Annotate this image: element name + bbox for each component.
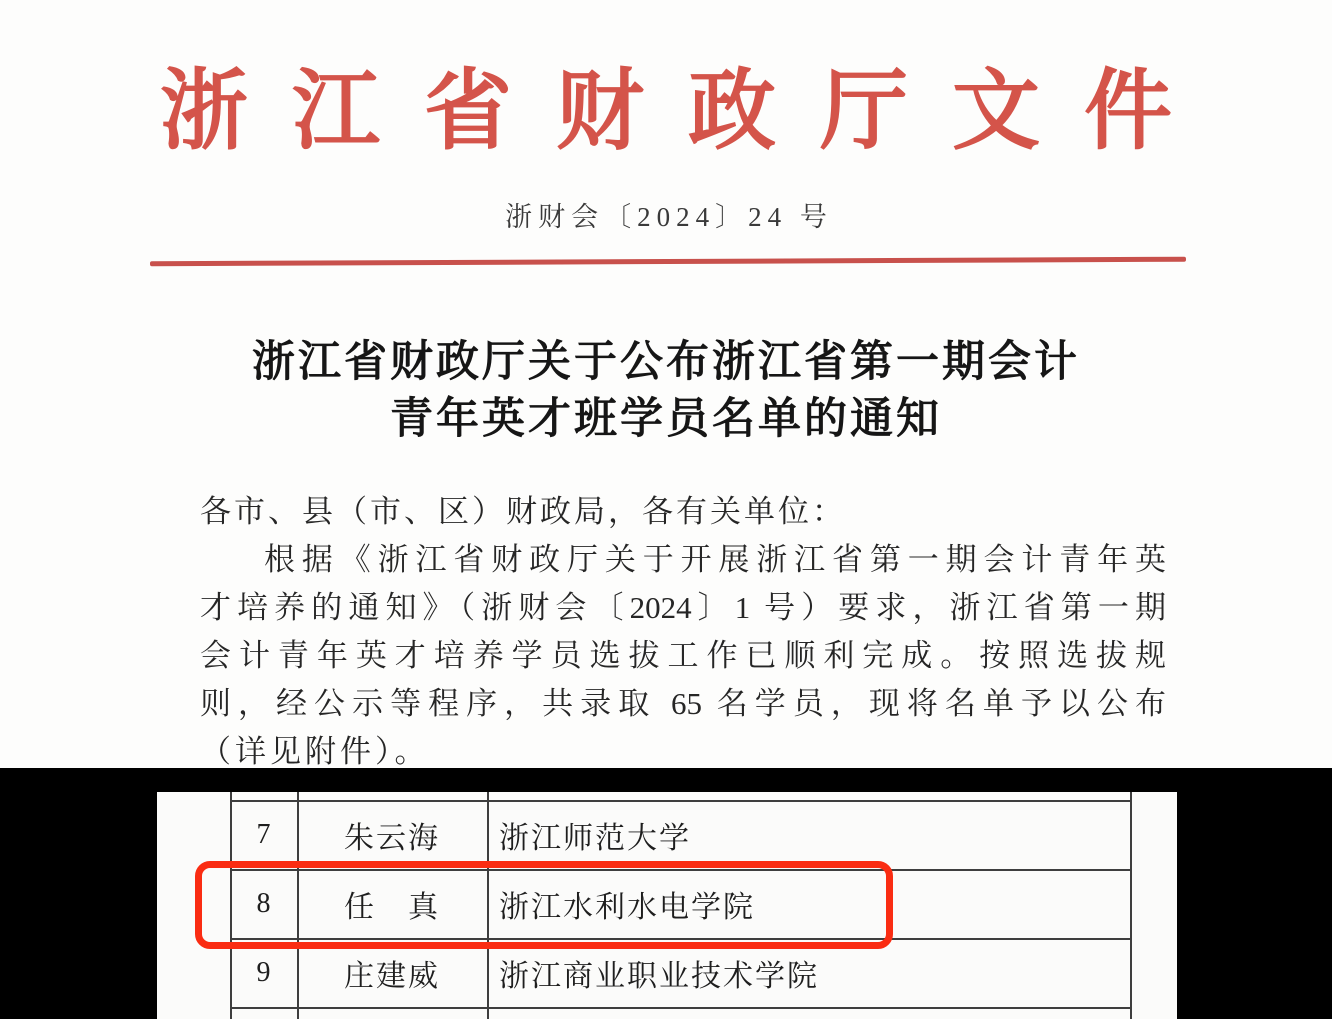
name-cell: 朱云海	[297, 813, 487, 857]
school-cell: 浙江商业职业技术学院	[487, 951, 1130, 995]
table-row: 7 朱云海 浙江师范大学	[230, 800, 1132, 869]
notice-title-line2: 青年英才班学员名单的通知	[100, 391, 1232, 448]
school-cell: 浙江师范大学	[487, 813, 1130, 857]
scanned-document-page: 浙江省财政厅文件 浙财会〔2024〕24 号 浙江省财政厅关于公布浙江省第一期会…	[0, 0, 1332, 1019]
document-number: 浙财会〔2024〕24 号	[0, 198, 1332, 236]
letterhead-title: 浙江省财政厅文件	[0, 56, 1332, 170]
notice-title-line1: 浙江省财政厅关于公布浙江省第一期会计	[100, 334, 1232, 391]
notice-title: 浙江省财政厅关于公布浙江省第一期会计 青年英才班学员名单的通知	[100, 334, 1232, 448]
name-cell: 庄建威	[297, 951, 487, 995]
body-line: 根据《浙江省财政厅关于开展浙江省第一期会计青年英	[200, 536, 1166, 584]
document-sheet: 浙江省财政厅文件 浙财会〔2024〕24 号 浙江省财政厅关于公布浙江省第一期会…	[0, 0, 1332, 768]
body-line: 则，经公示等程序，共录取 65 名学员，现将名单予以公布	[200, 680, 1166, 728]
salutation-line: 各市、县（市、区）财政局，各有关单位：	[200, 488, 1166, 536]
notice-body: 各市、县（市、区）财政局，各有关单位： 根据《浙江省财政厅关于开展浙江省第一期会…	[200, 488, 1166, 776]
row-number-cell: 9	[230, 957, 297, 989]
red-highlight-rectangle	[195, 861, 893, 949]
table-gridline	[230, 1007, 1132, 1009]
body-line: 才培养的通知》（浙财会〔2024〕1 号）要求，浙江省第一期	[200, 584, 1166, 632]
body-line: 会计青年英才培养学员选拔工作已顺利完成。按照选拔规	[200, 632, 1166, 680]
row-number-cell: 7	[230, 819, 297, 851]
letterhead-divider-rule	[150, 257, 1186, 267]
